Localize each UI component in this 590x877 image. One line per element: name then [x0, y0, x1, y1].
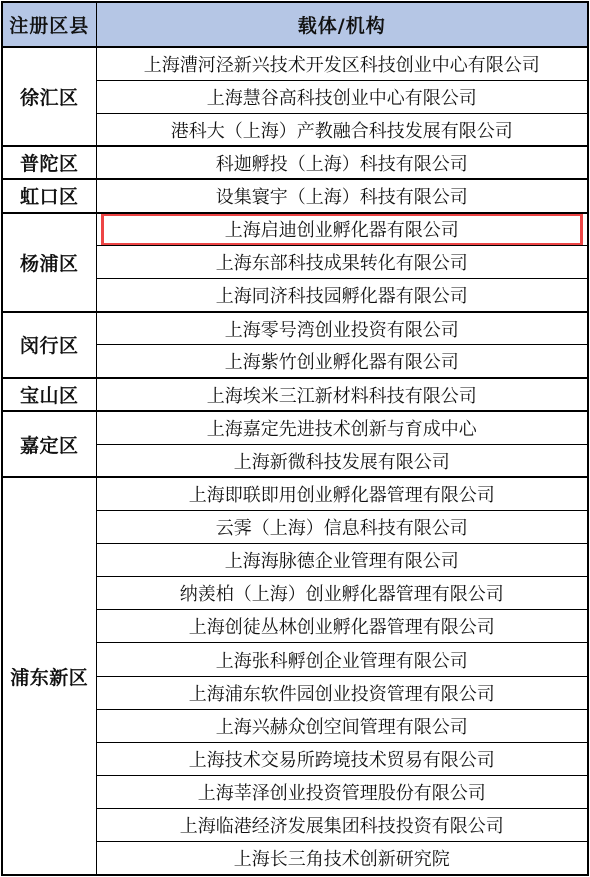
carrier-cell: 上海埃米三江新材料科技有限公司 [96, 378, 588, 411]
carrier-cell: 上海漕河泾新兴技术开发区科技创业中心有限公司 [96, 47, 588, 80]
carrier-cell: 上海紫竹创业孵化器有限公司 [96, 345, 588, 378]
carrier-cell: 上海零号湾创业投资有限公司 [96, 312, 588, 345]
district-cell: 徐汇区 [2, 47, 96, 146]
carrier-cell: 上海兴赫众创空间管理有限公司 [96, 709, 588, 742]
carrier-name: 上海即联即用创业孵化器管理有限公司 [189, 485, 495, 506]
district-cell: 浦东新区 [2, 477, 96, 875]
carrier-name: 上海创徒丛林创业孵化器管理有限公司 [189, 617, 495, 638]
carrier-cell: 上海临港经济发展集团科技投资有限公司 [96, 809, 588, 842]
table-row: 浦东新区上海即联即用创业孵化器管理有限公司 [2, 477, 588, 510]
district-cell: 闵行区 [2, 312, 96, 378]
carrier-name: 上海同济科技园孵化器有限公司 [216, 286, 468, 307]
carrier-cell: 云霁（上海）信息科技有限公司 [96, 511, 588, 544]
carrier-name: 上海漕河泾新兴技术开发区科技创业中心有限公司 [144, 55, 540, 76]
district-carrier-table: 注册区县 载体/机构 徐汇区上海漕河泾新兴技术开发区科技创业中心有限公司上海慧谷… [1, 1, 589, 876]
district-cell: 宝山区 [2, 378, 96, 411]
carrier-cell: 上海莘泽创业投资管理股份有限公司 [96, 775, 588, 808]
table-row: 普陀区科迦孵投（上海）科技有限公司 [2, 146, 588, 179]
carrier-cell: 上海启迪创业孵化器有限公司 [96, 213, 588, 246]
carrier-name: 上海东部科技成果转化有限公司 [216, 253, 468, 274]
carrier-cell: 港科大（上海）产教融合科技发展有限公司 [96, 113, 588, 146]
carrier-name: 上海慧谷高科技创业中心有限公司 [207, 88, 477, 109]
carrier-cell: 上海新微科技发展有限公司 [96, 444, 588, 477]
table-row: 闵行区上海零号湾创业投资有限公司 [2, 312, 588, 345]
carrier-name: 港科大（上海）产教融合科技发展有限公司 [171, 121, 513, 142]
table-row: 虹口区设集寰宇（上海）科技有限公司 [2, 179, 588, 212]
carrier-cell: 上海同济科技园孵化器有限公司 [96, 279, 588, 312]
district-cell: 虹口区 [2, 179, 96, 212]
carrier-cell: 上海创徒丛林创业孵化器管理有限公司 [96, 610, 588, 643]
carrier-cell: 上海浦东软件园创业投资管理有限公司 [96, 676, 588, 709]
carrier-name: 上海技术交易所跨境技术贸易有限公司 [189, 750, 495, 771]
table-row: 宝山区上海埃米三江新材料科技有限公司 [2, 378, 588, 411]
carrier-cell: 上海长三角技术创新研究院 [96, 842, 588, 875]
header-row: 注册区县 载体/机构 [2, 2, 588, 47]
carrier-cell: 纳羡柏（上海）创业孵化器管理有限公司 [96, 577, 588, 610]
carrier-cell: 上海技术交易所跨境技术贸易有限公司 [96, 742, 588, 775]
carrier-cell: 上海嘉定先进技术创新与育成中心 [96, 411, 588, 444]
carrier-cell: 上海慧谷高科技创业中心有限公司 [96, 80, 588, 113]
carrier-name: 上海张科孵创企业管理有限公司 [216, 651, 468, 672]
table-row: 徐汇区上海漕河泾新兴技术开发区科技创业中心有限公司 [2, 47, 588, 80]
table-row: 杨浦区上海启迪创业孵化器有限公司 [2, 213, 588, 246]
carrier-name: 上海海脉德企业管理有限公司 [225, 551, 459, 572]
table-header: 注册区县 载体/机构 [2, 2, 588, 47]
carrier-cell: 上海即联即用创业孵化器管理有限公司 [96, 477, 588, 510]
carrier-name: 上海临港经济发展集团科技投资有限公司 [180, 816, 504, 837]
table-body: 徐汇区上海漕河泾新兴技术开发区科技创业中心有限公司上海慧谷高科技创业中心有限公司… [2, 47, 588, 875]
document-page: 注册区县 载体/机构 徐汇区上海漕河泾新兴技术开发区科技创业中心有限公司上海慧谷… [0, 0, 590, 877]
carrier-cell: 上海海脉德企业管理有限公司 [96, 544, 588, 577]
district-cell: 嘉定区 [2, 411, 96, 477]
table-row: 嘉定区上海嘉定先进技术创新与育成中心 [2, 411, 588, 444]
carrier-name: 上海埃米三江新材料科技有限公司 [207, 386, 477, 407]
carrier-name: 科迦孵投（上海）科技有限公司 [216, 154, 468, 175]
carrier-name: 上海零号湾创业投资有限公司 [225, 320, 459, 341]
carrier-name: 上海嘉定先进技术创新与育成中心 [207, 419, 477, 440]
carrier-name: 设集寰宇（上海）科技有限公司 [216, 187, 468, 208]
carrier-cell: 设集寰宇（上海）科技有限公司 [96, 179, 588, 212]
carrier-name: 上海长三角技术创新研究院 [234, 849, 450, 870]
column-header-carrier: 载体/机构 [96, 2, 588, 47]
carrier-name: 上海启迪创业孵化器有限公司 [225, 220, 459, 241]
carrier-name: 上海兴赫众创空间管理有限公司 [216, 717, 468, 738]
carrier-name: 上海新微科技发展有限公司 [234, 452, 450, 473]
carrier-name: 上海紫竹创业孵化器有限公司 [225, 352, 459, 373]
district-cell: 杨浦区 [2, 213, 96, 312]
district-cell: 普陀区 [2, 146, 96, 179]
carrier-cell: 上海东部科技成果转化有限公司 [96, 246, 588, 279]
carrier-name: 上海莘泽创业投资管理股份有限公司 [198, 783, 486, 804]
carrier-name: 纳羡柏（上海）创业孵化器管理有限公司 [180, 584, 504, 605]
column-header-district: 注册区县 [2, 2, 96, 47]
carrier-name: 上海浦东软件园创业投资管理有限公司 [189, 684, 495, 705]
carrier-name: 云霁（上海）信息科技有限公司 [216, 518, 468, 539]
carrier-cell: 科迦孵投（上海）科技有限公司 [96, 146, 588, 179]
carrier-cell: 上海张科孵创企业管理有限公司 [96, 643, 588, 676]
